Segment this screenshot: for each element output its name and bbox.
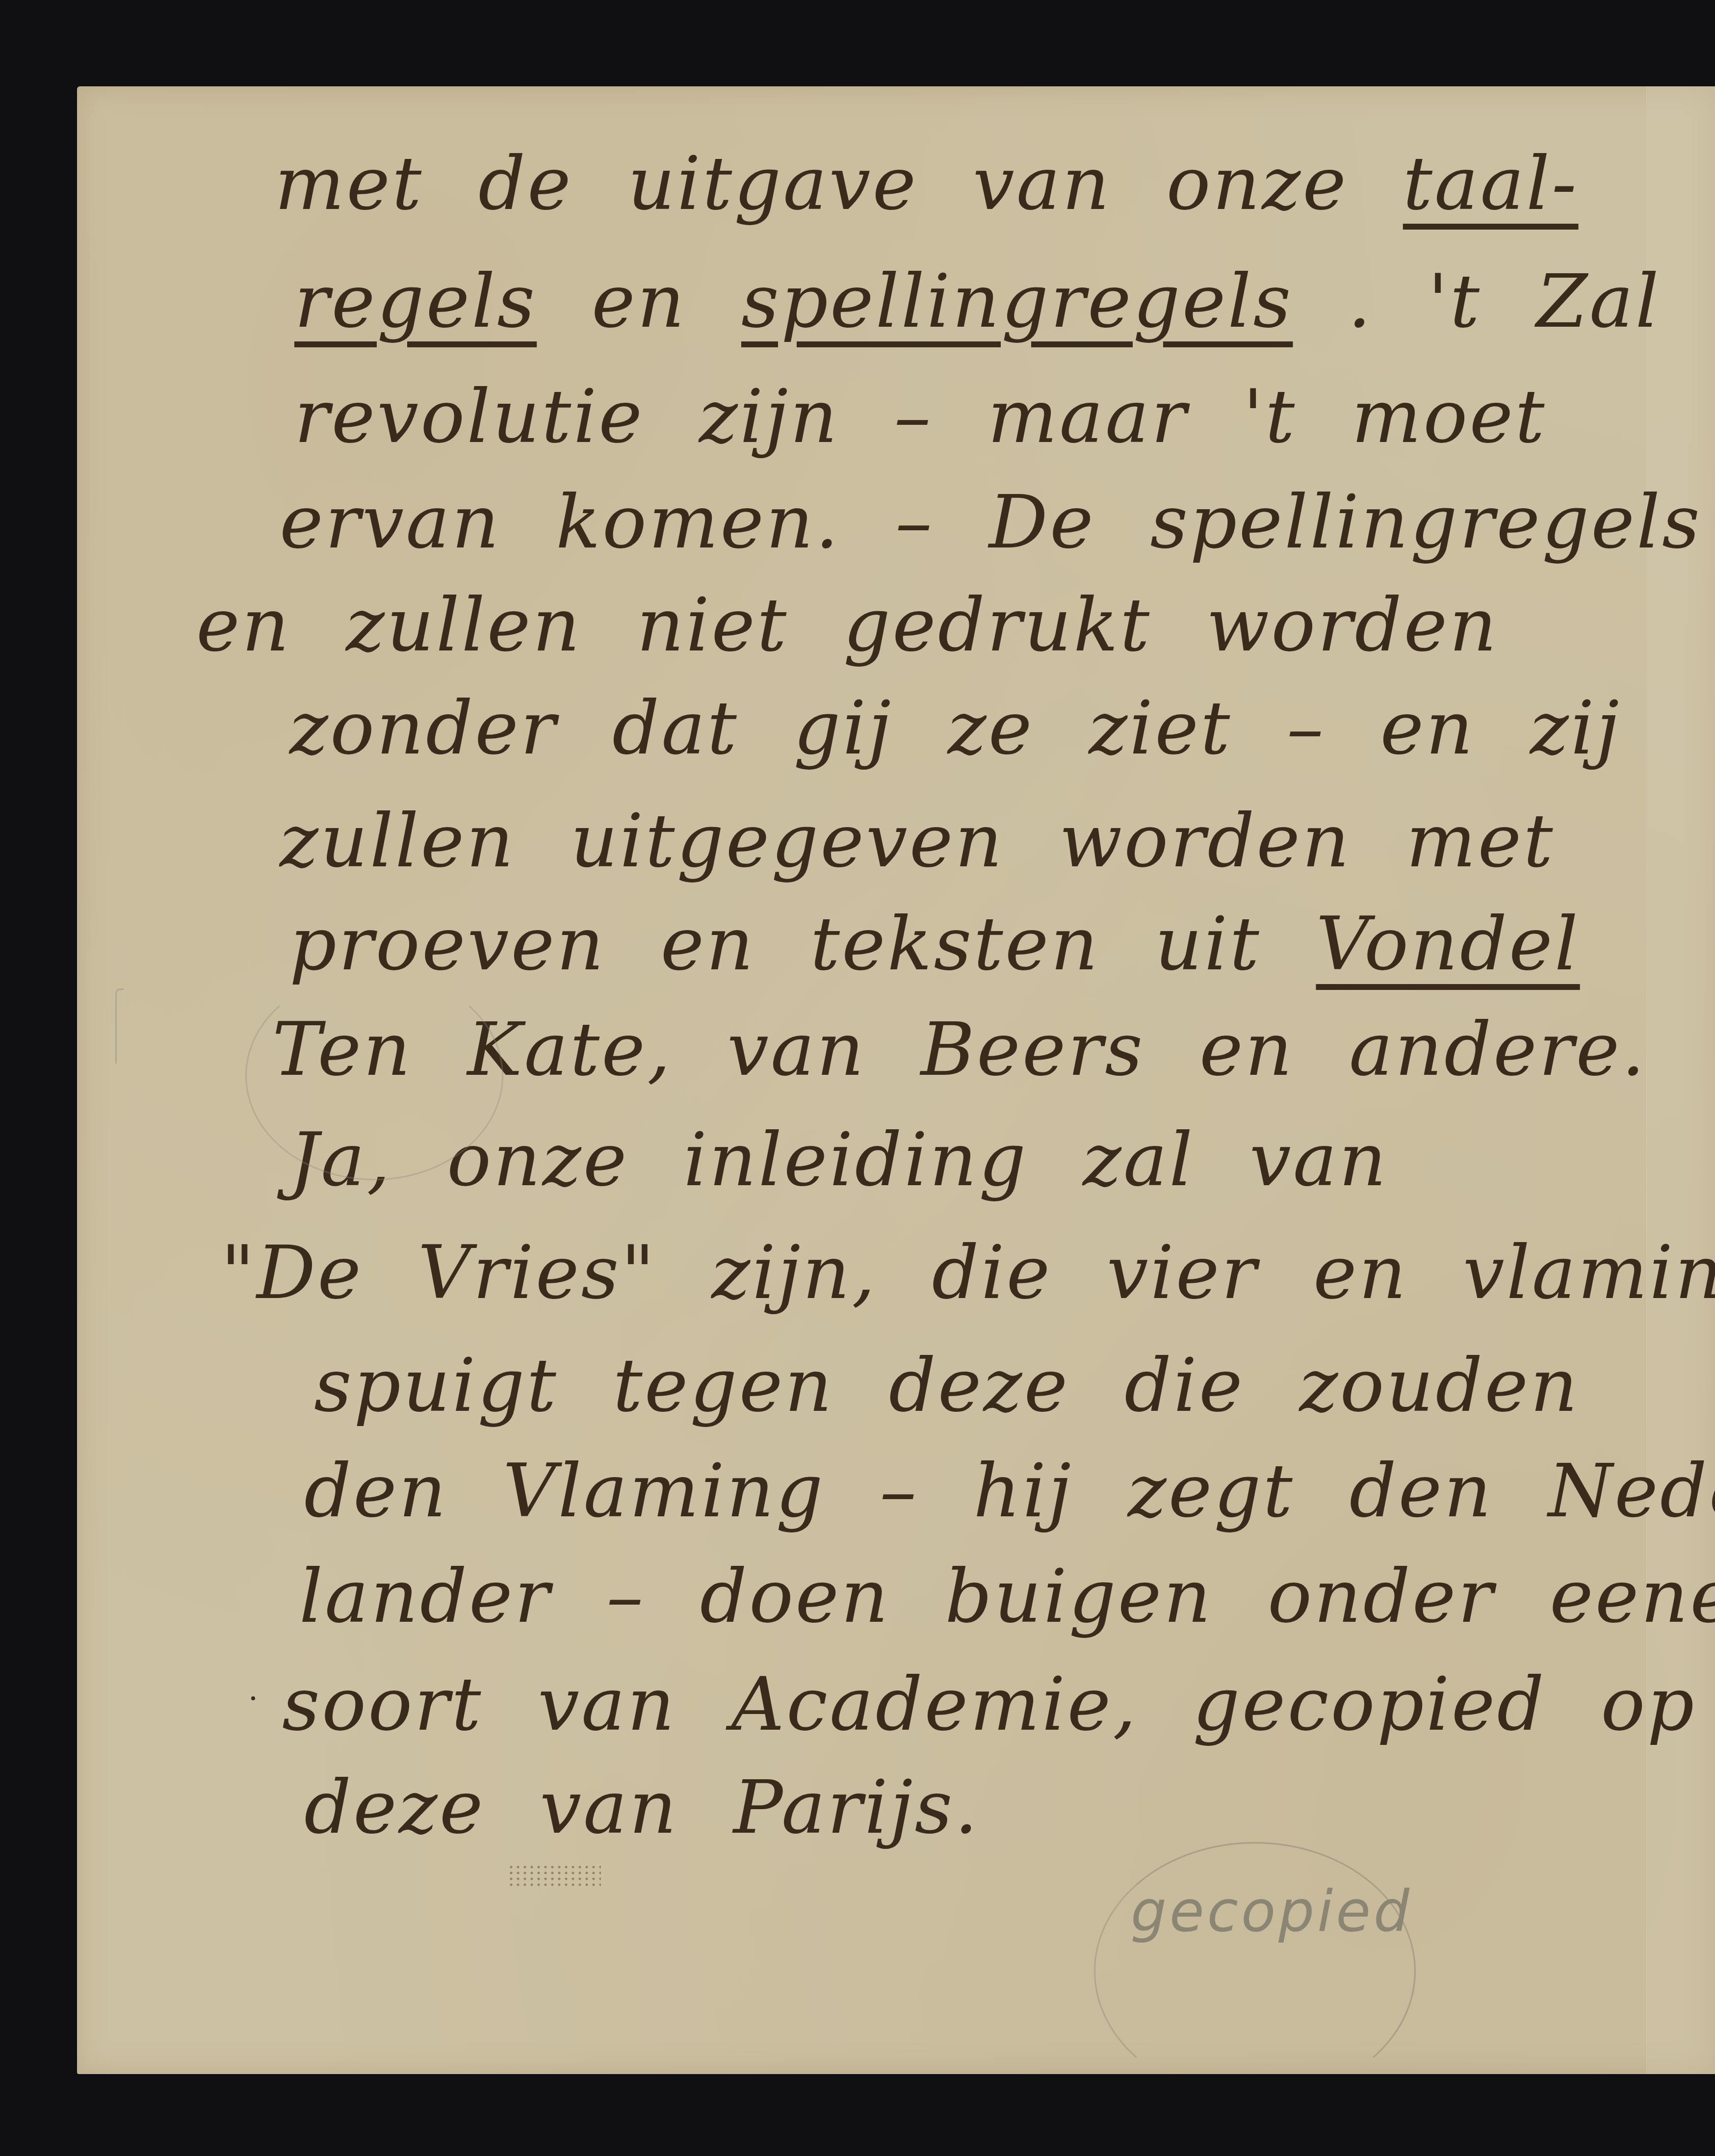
text-line-5: en zullen niet gedrukt worden <box>196 589 1499 662</box>
text-line-12: spuigt tegen deze die zouden <box>314 1349 1580 1423</box>
text-line-13: den Vlaming – hij zegt den Neder- <box>304 1455 1715 1528</box>
line-text: spuigt tegen deze die zouden <box>314 1343 1580 1429</box>
text-line-8: proeven en teksten uit Vondel <box>289 908 1580 981</box>
text-line-4: ervan komen. – De spellingregels <box>280 486 1702 559</box>
line-text: . 't Zal <box>1293 259 1661 344</box>
pencil-circle-mark <box>245 971 503 1180</box>
text-line-14: lander – doen buigen onder eene <box>299 1560 1715 1634</box>
text-line-2: regels en spellingregels . 't Zal <box>294 265 1661 338</box>
text-line-15: soort van Academie, gecopied op <box>282 1668 1696 1741</box>
text-line-3: revolutie zijn – maar 't moet <box>294 380 1547 454</box>
folded-next-page-strip <box>1647 86 1715 2074</box>
underlined-word: spellingregels <box>741 259 1293 344</box>
line-text: deze van Parijs. <box>304 1765 980 1850</box>
pencil-annotation: gecopied <box>1131 1879 1412 1945</box>
faded-ink-residue <box>508 1864 601 1889</box>
line-text: soort van Academie, gecopied op <box>282 1662 1696 1747</box>
text-line-11: "De Vries" zijn, die vier en vlaming <box>221 1236 1715 1310</box>
text-line-16: deze van Parijs. <box>304 1771 980 1844</box>
line-text: en <box>537 259 741 344</box>
underlined-word: taal- <box>1403 141 1579 227</box>
line-text: revolutie zijn – maar 't moet <box>294 374 1547 460</box>
line-text: en zullen niet gedrukt worden <box>196 583 1499 668</box>
line-text: "De Vries" zijn, die vier en vlaming <box>221 1230 1715 1316</box>
line-text: met de uitgave van onze <box>275 141 1403 227</box>
line-text: lander – doen buigen onder eene <box>299 1554 1715 1639</box>
line-text: zullen uitgegeven worden met <box>280 799 1555 884</box>
text-line-1: met de uitgave van onze taal- <box>275 147 1579 221</box>
ink-dot <box>251 1696 255 1700</box>
line-text: zonder dat gij ze ziet – en zij <box>289 686 1621 771</box>
line-text: ervan komen. – De spellingregels <box>280 480 1702 565</box>
line-text: den Vlaming – hij zegt den Neder- <box>304 1449 1715 1534</box>
line-text: proeven en teksten uit <box>289 902 1316 987</box>
underlined-word: Vondel <box>1316 902 1580 987</box>
text-line-7: zullen uitgegeven worden met <box>280 805 1555 878</box>
text-line-6: zonder dat gij ze ziet – en zij <box>289 692 1621 765</box>
underlined-word: regels <box>294 259 537 344</box>
pencil-margin-mark <box>115 988 124 1064</box>
